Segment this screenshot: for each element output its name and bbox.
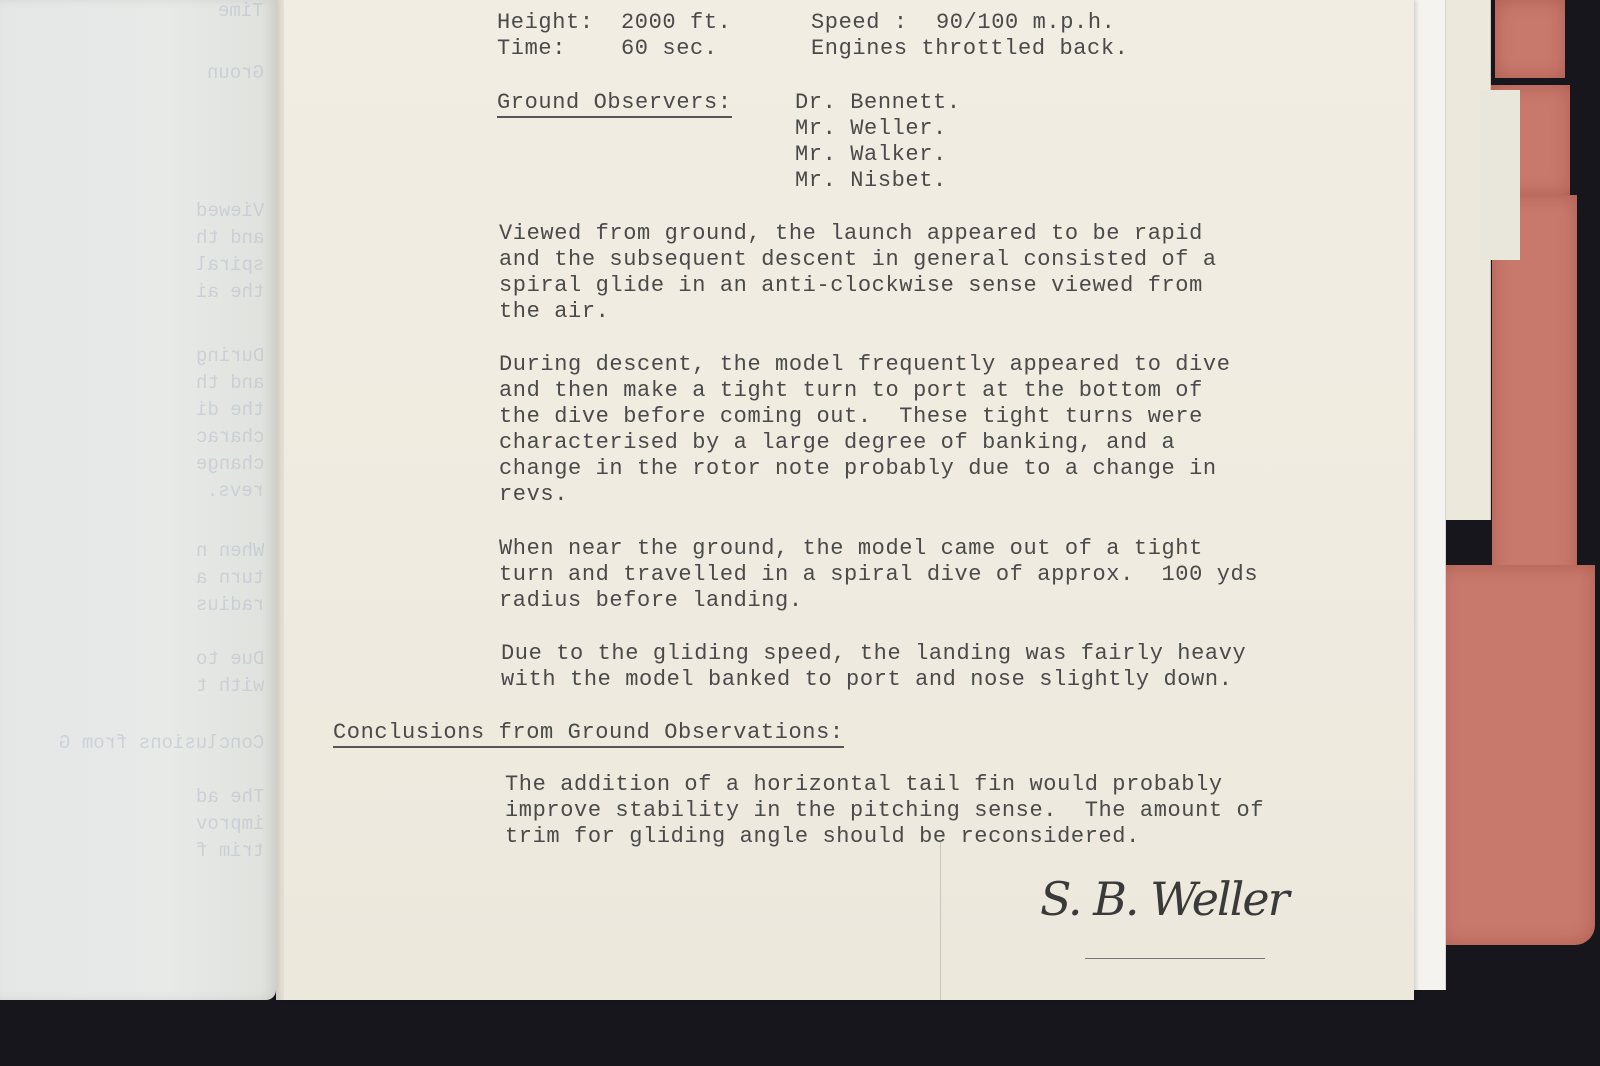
paragraph-line: spiral glide in an anti-clockwise sense … xyxy=(499,273,1203,299)
underlying-sheet xyxy=(1480,90,1520,260)
show-through-text: improv xyxy=(196,813,264,835)
conclusions-heading: Conclusions from Ground Observations: xyxy=(333,720,844,748)
paragraph-line: and the subsequent descent in general co… xyxy=(499,247,1217,273)
show-through-text: the di xyxy=(196,399,264,421)
engines-note: Engines throttled back. xyxy=(811,36,1128,62)
paragraph-line: revs. xyxy=(499,482,568,508)
show-through-text: the ai xyxy=(196,281,264,303)
show-through-text: Viewed xyxy=(196,200,264,222)
speed-label: Speed : xyxy=(811,10,908,36)
show-through-text: radius xyxy=(196,594,264,616)
conclusion-line: trim for gliding angle should be reconsi… xyxy=(505,824,1140,850)
page-crease xyxy=(940,840,941,1000)
show-through-text: Conclusions from G xyxy=(59,732,264,754)
show-through-text: Time xyxy=(218,0,264,22)
observer-name: Mr. Walker. xyxy=(795,142,947,168)
height-label: Height: xyxy=(497,10,594,36)
show-through-text: with t xyxy=(196,675,264,697)
paragraph-line: When near the ground, the model came out… xyxy=(499,536,1203,562)
show-through-text: The ad xyxy=(196,786,264,808)
paragraph-line: radius before landing. xyxy=(499,588,803,614)
cover-tab xyxy=(1495,0,1565,78)
facing-page-left: Time Groun Viewed and th spiral the ai D… xyxy=(0,0,276,1000)
show-through-text: trim f xyxy=(196,840,264,862)
paragraph-line: Viewed from ground, the launch appeared … xyxy=(499,221,1203,247)
observer-name: Dr. Bennett. xyxy=(795,90,961,116)
underlying-sheet xyxy=(1440,0,1491,520)
underlying-sheet xyxy=(1410,0,1446,990)
paragraph-line: change in the rotor note probably due to… xyxy=(499,456,1217,482)
conclusion-line: The addition of a horizontal tail fin wo… xyxy=(505,772,1223,798)
paragraph-line: During descent, the model frequently app… xyxy=(499,352,1231,378)
signature-line xyxy=(1085,958,1265,959)
observer-name: Mr. Weller. xyxy=(795,116,947,142)
handwritten-signature: S. B. Weller xyxy=(1040,872,1288,926)
paragraph-line: and then make a tight turn to port at th… xyxy=(499,378,1203,404)
show-through-text: revs. xyxy=(207,480,264,502)
speed-value: 90/100 m.p.h. xyxy=(936,10,1115,36)
show-through-text: change xyxy=(196,453,264,475)
cover-tab xyxy=(1440,565,1595,945)
show-through-text: When n xyxy=(196,540,264,562)
show-through-text: During xyxy=(196,345,264,367)
paragraph-line: Due to the gliding speed, the landing wa… xyxy=(501,641,1246,667)
show-through-text: turn a xyxy=(196,567,264,589)
paragraph-line: the dive before coming out. These tight … xyxy=(499,404,1203,430)
paragraph-line: the air. xyxy=(499,299,609,325)
show-through-text: Groun xyxy=(207,62,264,84)
paragraph-line: with the model banked to port and nose s… xyxy=(501,667,1233,693)
paragraph-line: turn and travelled in a spiral dive of a… xyxy=(499,562,1258,588)
paragraph-line: characterised by a large degree of banki… xyxy=(499,430,1175,456)
show-through-text: spiral xyxy=(196,254,264,276)
show-through-text: and th xyxy=(196,372,264,394)
time-label: Time: xyxy=(497,36,566,62)
time-value: 60 sec. xyxy=(621,36,718,62)
height-value: 2000 ft. xyxy=(621,10,731,36)
show-through-text: Due to xyxy=(196,648,264,670)
observer-name: Mr. Nisbet. xyxy=(795,168,947,194)
conclusion-line: improve stability in the pitching sense.… xyxy=(505,798,1264,824)
show-through-text: and th xyxy=(196,227,264,249)
ground-observers-heading: Ground Observers: xyxy=(497,90,732,118)
show-through-text: charac xyxy=(196,426,264,448)
